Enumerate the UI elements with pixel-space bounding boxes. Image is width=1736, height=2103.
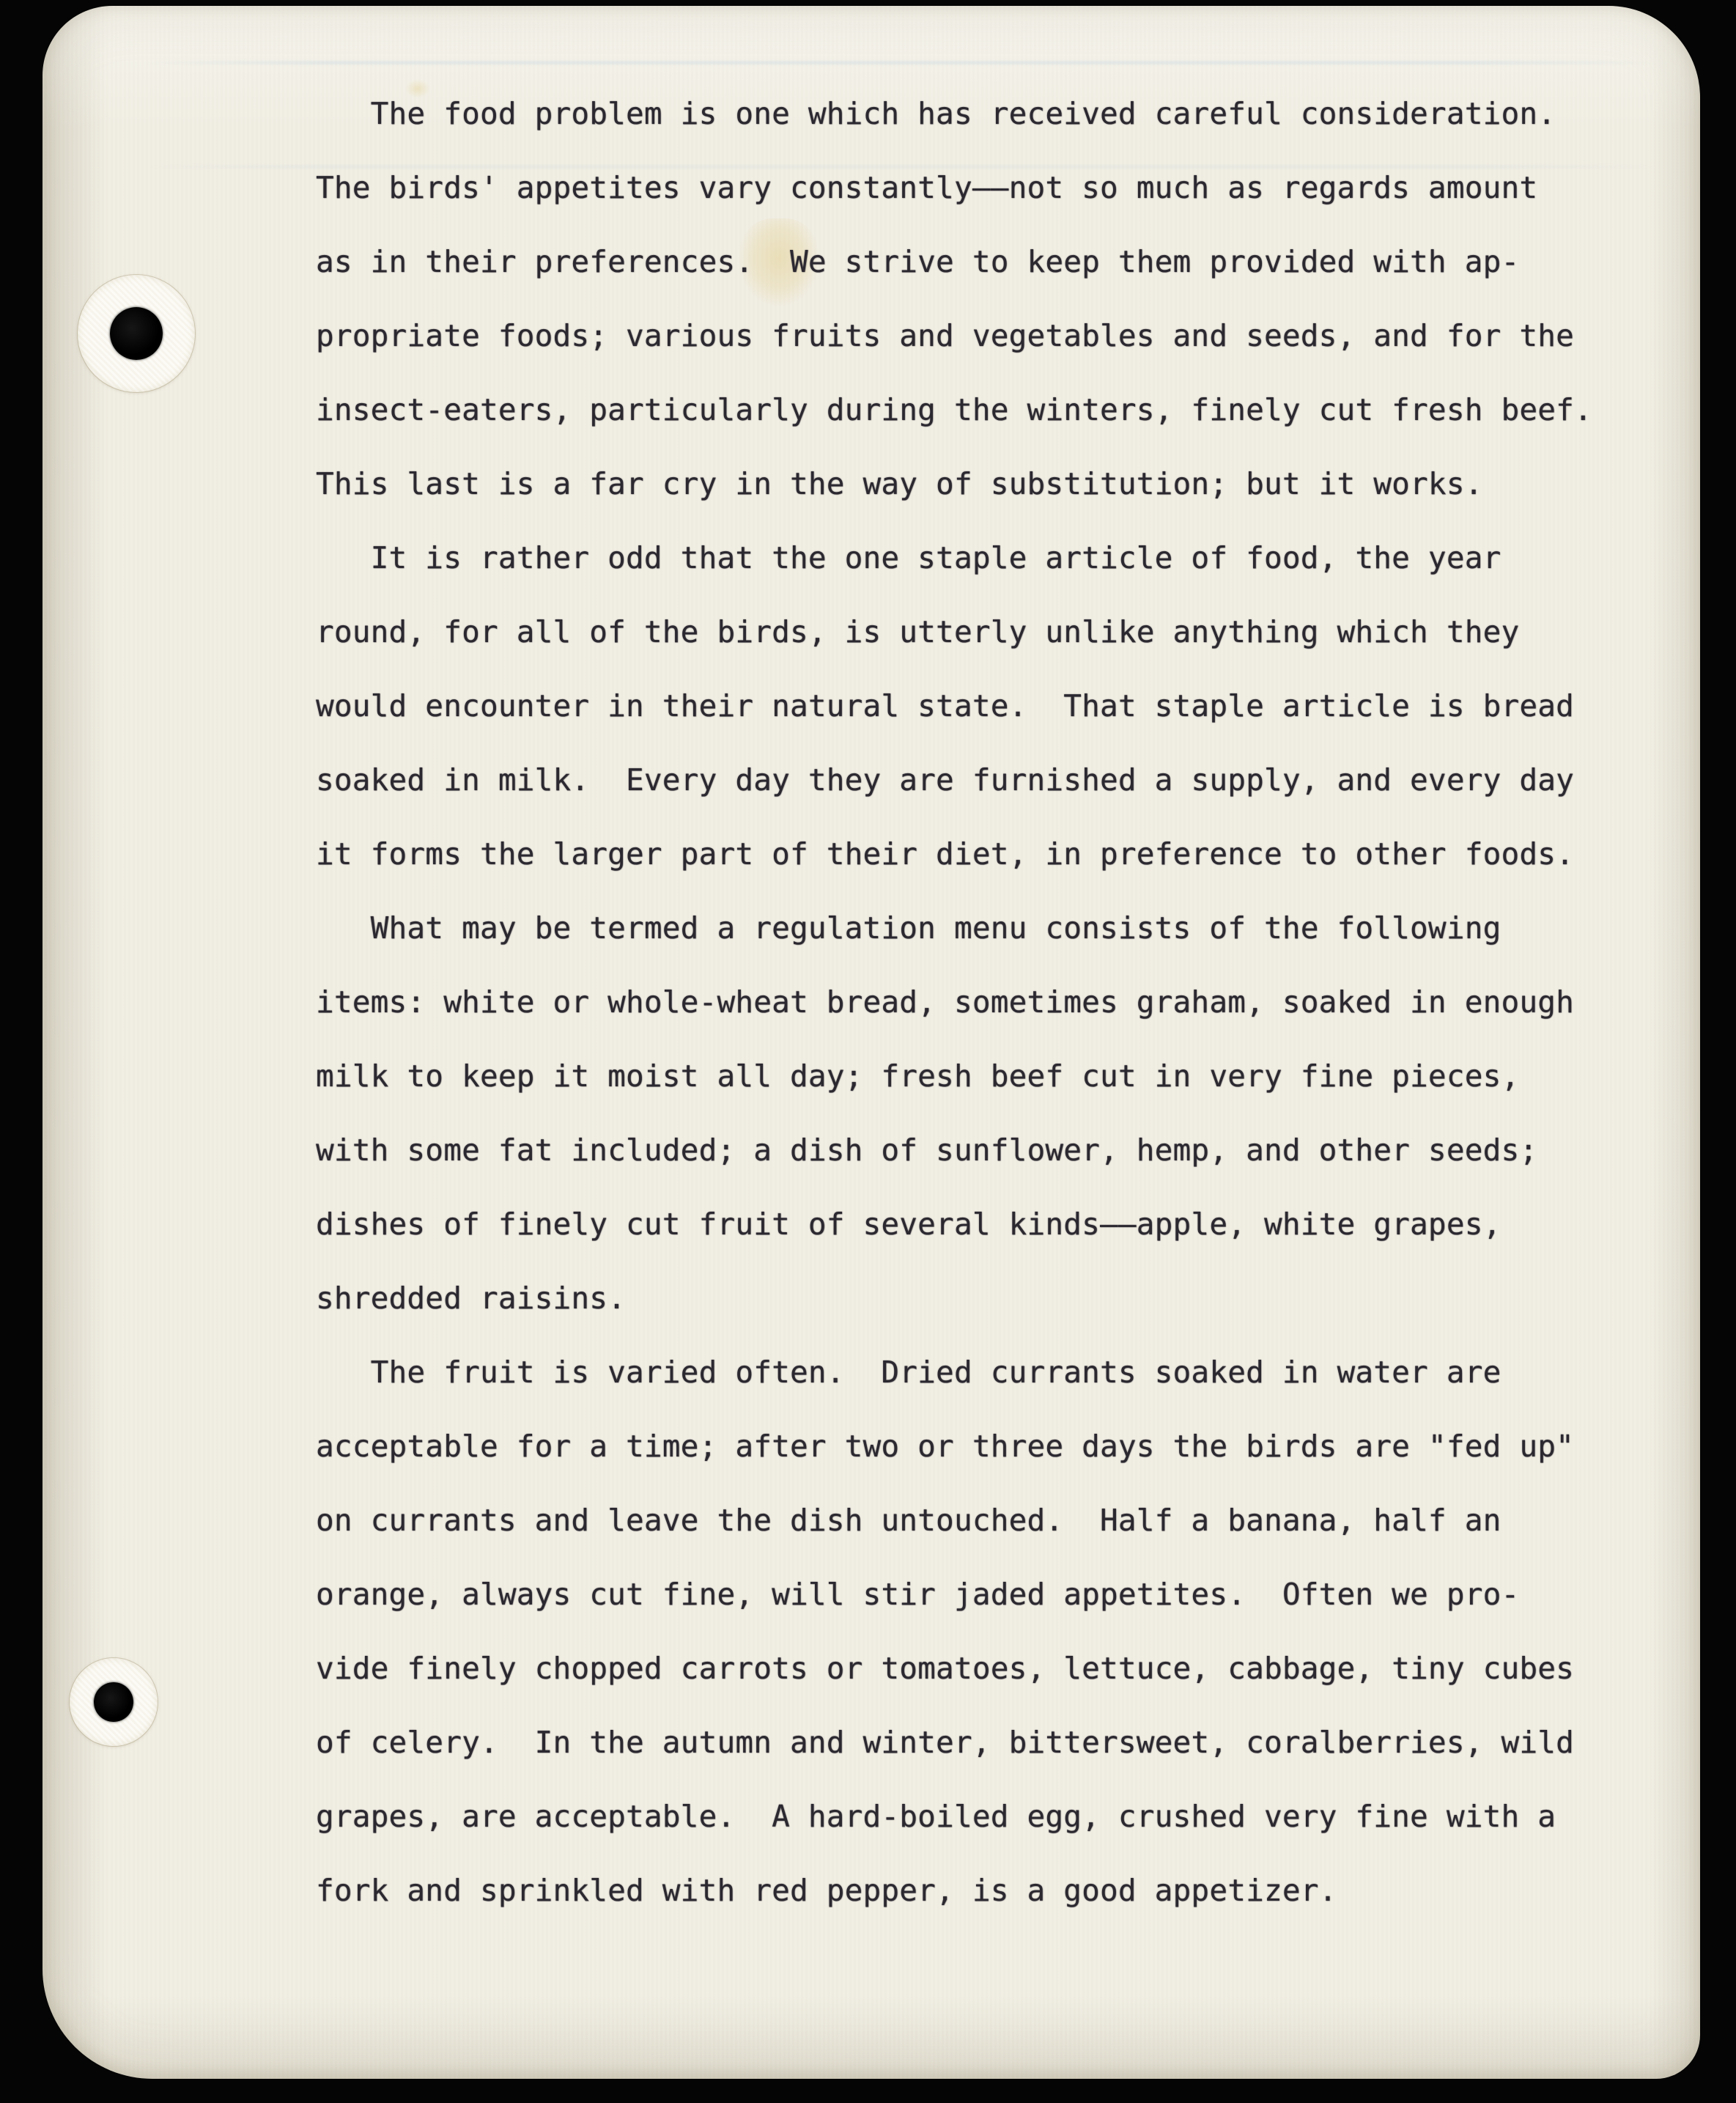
typed-line: of celery. In the autumn and winter, bit…	[316, 1706, 1592, 1780]
typed-line: items: white or whole-wheat bread, somet…	[316, 965, 1592, 1039]
typed-line: This last is a far cry in the way of sub…	[316, 447, 1592, 521]
typed-line: on currants and leave the dish untouched…	[316, 1484, 1592, 1558]
typed-line: dishes of finely cut fruit of several ki…	[316, 1187, 1592, 1262]
typed-line: milk to keep it moist all day; fresh bee…	[316, 1039, 1592, 1113]
typed-line: The fruit is varied often. Dried currant…	[316, 1336, 1592, 1410]
typed-line: The food problem is one which has receiv…	[316, 77, 1592, 151]
typed-line: fork and sprinkled with red pepper, is a…	[316, 1854, 1592, 1928]
typed-line: soaked in milk. Every day they are furni…	[316, 743, 1592, 817]
typed-text: The food problem is one which has receiv…	[316, 77, 1592, 1928]
paper-page: The food problem is one which has receiv…	[43, 6, 1700, 2079]
typed-line: The birds' appetites vary constantly——no…	[316, 151, 1592, 225]
typed-line: It is rather odd that the one staple art…	[316, 521, 1592, 595]
typed-line: grapes, are acceptable. A hard-boiled eg…	[316, 1780, 1592, 1854]
typed-line: shredded raisins.	[316, 1262, 1592, 1336]
typed-line: vide finely chopped carrots or tomatoes,…	[316, 1632, 1592, 1706]
typed-line: insect-eaters, particularly during the w…	[316, 373, 1592, 447]
punched-hole-top	[110, 307, 163, 360]
typed-line: acceptable for a time; after two or thre…	[316, 1410, 1592, 1484]
typed-line: propriate foods; various fruits and vege…	[316, 299, 1592, 373]
typed-line: orange, always cut fine, will stir jaded…	[316, 1558, 1592, 1632]
punched-hole-bottom	[94, 1682, 133, 1722]
typed-line: it forms the larger part of their diet, …	[316, 817, 1592, 891]
typed-line: What may be termed a regulation menu con…	[316, 891, 1592, 965]
typed-line: as in their preferences. We strive to ke…	[316, 225, 1592, 299]
typed-line: would encounter in their natural state. …	[316, 669, 1592, 743]
typed-line: with some fat included; a dish of sunflo…	[316, 1113, 1592, 1187]
scan-artifact-line	[145, 61, 1656, 65]
typed-line: round, for all of the birds, is utterly …	[316, 595, 1592, 669]
